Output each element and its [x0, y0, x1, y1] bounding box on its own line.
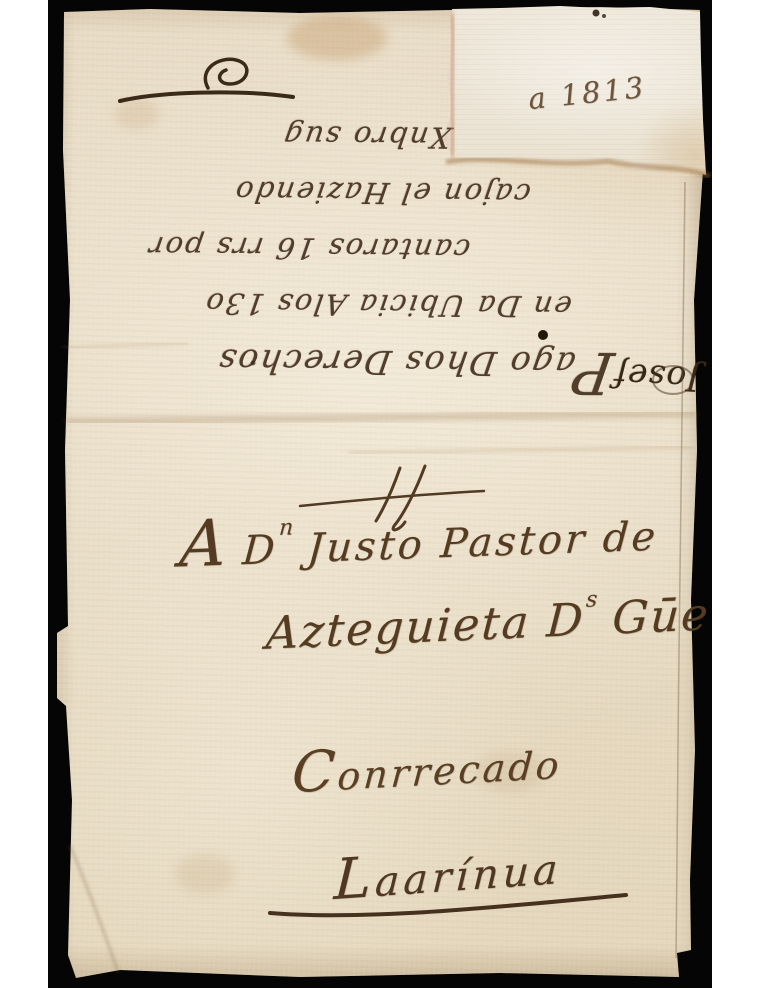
letter-photo-scene: Pago Dhos Derechos en Da Ubicia Alos 13o…	[0, 0, 760, 988]
address-name: Justo Pastor de	[306, 514, 660, 572]
docket-signature: Josef	[579, 293, 704, 399]
paper-stain	[287, 16, 387, 60]
address-salutation: A	[178, 507, 230, 583]
destination-text: aarínua	[374, 845, 563, 906]
instruction-initial: C	[290, 739, 340, 807]
under-sheet-edge	[675, 176, 703, 968]
docket-line: Pago Dhos Derechos	[165, 331, 618, 411]
destination-initial: L	[333, 845, 378, 913]
docket-line: cantaros 16 rrs por	[122, 219, 474, 278]
docket-line-text: ago Dhos Derechos	[214, 342, 578, 384]
instruction-text: onrrecado	[336, 743, 563, 799]
paper-stain	[175, 854, 235, 894]
docket-line: cajon el Haziendo	[122, 163, 534, 222]
docket-line: en Da Ubicia Alos 13o	[121, 275, 575, 335]
docket-line: Xnbro sug	[123, 107, 455, 166]
address-honorific: D	[241, 527, 279, 574]
address-honorific-sup: n	[278, 515, 294, 541]
address-abbrev-sup: s	[585, 587, 598, 613]
photo-backdrop: Pago Dhos Derechos en Da Ubicia Alos 13o…	[48, 0, 712, 988]
address-blessing: Gūe	[611, 587, 712, 644]
address-abbrev: D	[545, 593, 586, 648]
